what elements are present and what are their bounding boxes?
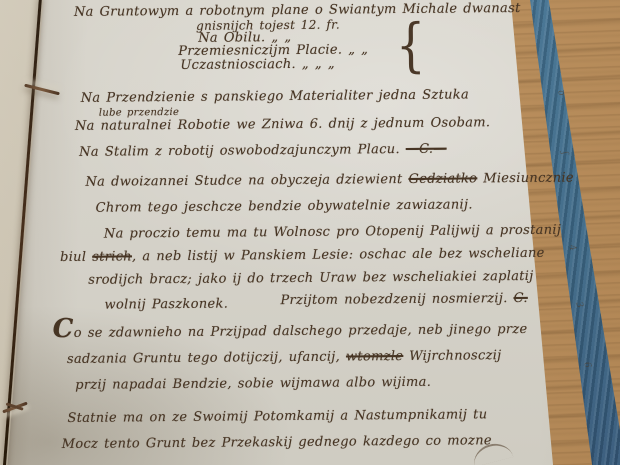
- manuscript-photo: { Na Gruntowym a robotnym plane o Swiant…: [0, 0, 620, 465]
- struck-word: C.: [513, 291, 527, 306]
- manuscript-line: srodijch bracz; jako ij do trzech Uraw b…: [88, 269, 533, 288]
- handwritten-word: sadzania Gruntu tego dotijczij, ufancij,: [67, 350, 346, 367]
- handwritten-word: srodijch bracz; jako ij do trzech Uraw b…: [88, 269, 533, 288]
- manuscript-line: Na naturalnei Robotie we Zniwa 6. dnij z…: [75, 115, 491, 134]
- handwritten-word: przij napadai Bendzie, sobie wijmawa alb…: [75, 375, 431, 393]
- manuscript-line: Na Stalim z robotij oswobodzajunczym Pla…: [79, 142, 447, 160]
- handwritten-word: Na proczio temu ma tu Wolnosc pro Otopen…: [104, 223, 561, 242]
- handwritten-word: Chrom tego jeschcze bendzie obywatelnie …: [96, 197, 473, 215]
- manuscript-line: Na dwoizannei Studce na obyczeja dziewie…: [85, 171, 574, 190]
- handwritten-word: Przijtom nobezdzenij nosmierzij.: [280, 291, 513, 308]
- curly-brace: {: [396, 11, 426, 79]
- manuscript-line: Uczastniosciach. „ „ „: [180, 57, 335, 73]
- struck-word: wtomzle: [346, 349, 403, 364]
- struck-word: —C.—: [406, 142, 447, 157]
- manuscript-line: Mocz tento Grunt bez Przekaskij gednego …: [62, 433, 492, 452]
- handwritten-word: wolnij Paszkonek.: [104, 297, 228, 313]
- handwritten-word: o se zdawnieho na Przijpad dalschego prz…: [74, 322, 528, 341]
- handwritten-word: , a neb listij w Panskiem Lesie: oschac …: [132, 246, 545, 265]
- handwritten-word: biul: [60, 250, 92, 265]
- handwritten-word: Uczastniosciach. „ „ „: [180, 57, 335, 73]
- struck-word: strich: [92, 249, 132, 264]
- manuscript-line: lube przendzie: [99, 107, 180, 119]
- handwritten-word: Mocz tento Grunt bez Przekaskij gednego …: [62, 433, 492, 452]
- manuscript-line: przij napadai Bendzie, sobie wijmawa alb…: [75, 375, 431, 393]
- handwritten-word: Na dwoizannei Studce na obyczeja dziewie…: [85, 172, 408, 190]
- manuscript-line: Chrom tego jeschcze bendzie obywatelnie …: [96, 197, 473, 215]
- handwritten-word: Miesiuncznie: [477, 171, 574, 187]
- handwritten-word: Na Przendzienie s panskiego Materialiter…: [81, 87, 469, 105]
- handwritten-word: Na naturalnei Robotie we Zniwa 6. dnij z…: [75, 115, 491, 134]
- handwritten-word: C: [53, 314, 74, 344]
- manuscript-line: Na proczio temu ma tu Wolnosc pro Otopen…: [104, 223, 561, 242]
- manuscript-line: sadzania Gruntu tego dotijczij, ufancij,…: [67, 348, 502, 367]
- manuscript-line: Statnie ma on ze Swoimij Potomkamij a Na…: [67, 407, 487, 426]
- manuscript-line: Na Przendzienie s panskiego Materialiter…: [81, 87, 469, 105]
- handwritten-word: lube przendzie: [99, 107, 180, 119]
- manuscript-text: { Na Gruntowym a robotnym plane o Swiant…: [0, 0, 620, 465]
- manuscript-line: biul strich, a neb listij w Panskiem Les…: [60, 246, 545, 265]
- manuscript-line: Co se zdawnieho na Przijpad dalschego pr…: [53, 322, 528, 341]
- handwritten-word: Na Stalim z robotij oswobodzajunczym Pla…: [79, 142, 406, 160]
- manuscript-line: Przijtom nobezdzenij nosmierzij. C.: [280, 291, 527, 308]
- struck-word: Gedziatko: [408, 171, 477, 187]
- handwritten-word: Wijrchnosczij: [403, 348, 501, 364]
- handwritten-word: Statnie ma on ze Swoimij Potomkamij a Na…: [67, 407, 487, 426]
- manuscript-line: wolnij Paszkonek.: [104, 297, 228, 313]
